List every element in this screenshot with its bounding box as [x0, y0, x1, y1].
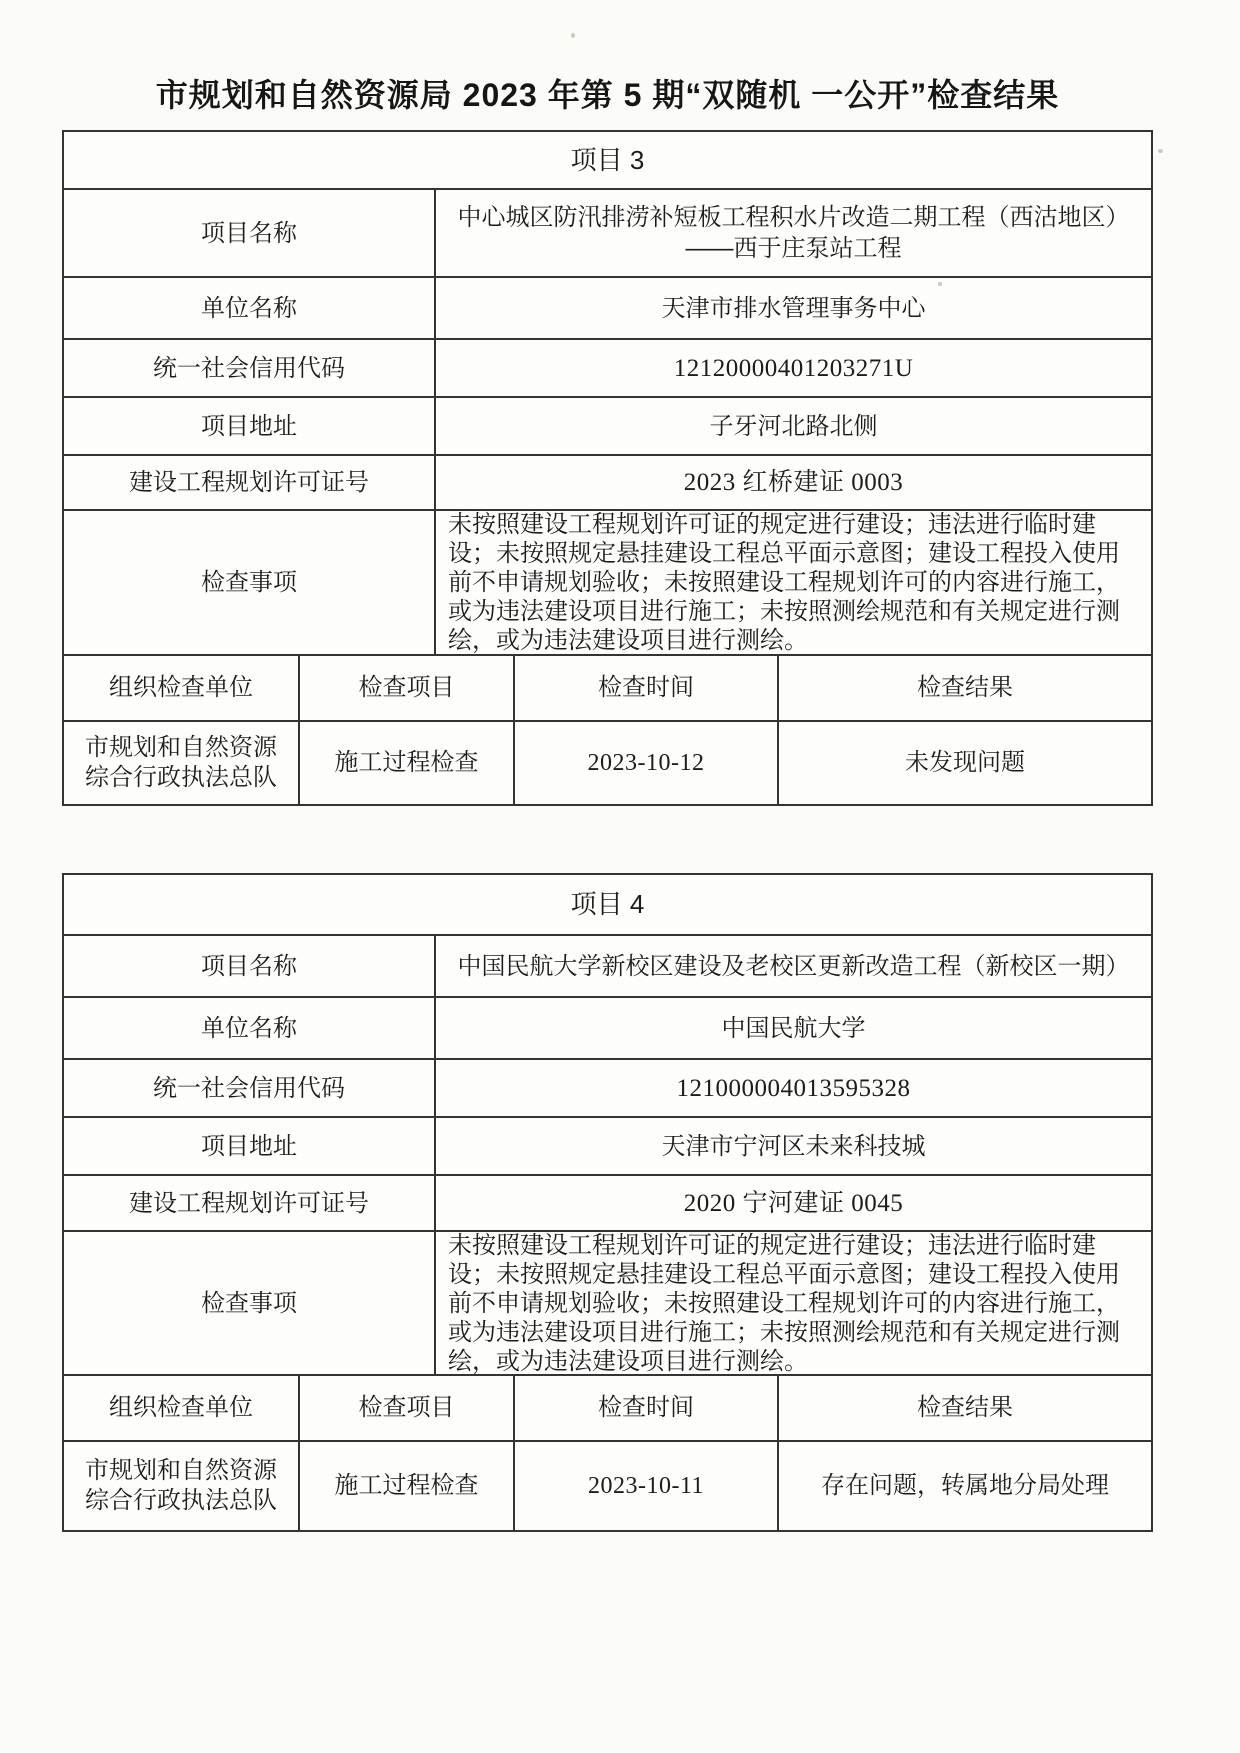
project-name-value: 中心城区防汛排涝补短板工程积水片改造二期工程（西沽地区） ——西于庄泵站工程 — [434, 190, 1151, 276]
scan-speck — [571, 33, 575, 38]
unit-name-label: 单位名称 — [64, 278, 434, 338]
project-4-table: 项目 4 项目名称 中国民航大学新校区建设及老校区更新改造工程（新校区一期） 单… — [62, 873, 1153, 1532]
table-row: 统一社会信用代码 121000004013595328 — [64, 1058, 1151, 1116]
inspection-items-label: 检查事项 — [64, 1232, 434, 1374]
permit-number-label: 建设工程规划许可证号 — [64, 456, 434, 509]
table-3-title: 项目 3 — [64, 132, 1151, 188]
inspection-result-header: 检查结果 — [777, 656, 1151, 720]
inspection-items-label: 检查事项 — [64, 511, 434, 654]
scan-speck — [938, 282, 942, 286]
inspection-data-row: 市规划和自然资源综合行政执法总队 施工过程检查 2023-10-12 未发现问题 — [64, 720, 1151, 804]
table-title-row: 项目 3 — [64, 132, 1151, 188]
inspection-header-row: 组织检查单位 检查项目 检查时间 检查结果 — [64, 654, 1151, 720]
document-title: 市规划和自然资源局 2023 年第 5 期“双随机 一公开”检查结果 — [62, 70, 1153, 116]
project-name-label: 项目名称 — [64, 936, 434, 996]
table-row: 项目地址 子牙河北路北侧 — [64, 396, 1151, 454]
credit-code-label: 统一社会信用代码 — [64, 340, 434, 396]
project-address-value: 天津市宁河区未来科技城 — [434, 1118, 1151, 1174]
inspection-items-value: 未按照建设工程规划许可证的规定进行建设；违法进行临时建 设；未按照规定悬挂建设工… — [434, 1232, 1151, 1374]
credit-code-label: 统一社会信用代码 — [64, 1060, 434, 1116]
inspection-result-value: 未发现问题 — [777, 722, 1151, 804]
table-row: 检查事项 未按照建设工程规划许可证的规定进行建设；违法进行临时建 设；未按照规定… — [64, 1230, 1151, 1374]
inspection-unit-value: 市规划和自然资源综合行政执法总队 — [64, 722, 298, 804]
project-address-label: 项目地址 — [64, 398, 434, 454]
inspection-item-header: 检查项目 — [298, 656, 513, 720]
table-row: 统一社会信用代码 12120000401203271U — [64, 338, 1151, 396]
inspection-date-value: 2023-10-12 — [513, 722, 777, 804]
unit-name-value: 天津市排水管理事务中心 — [434, 278, 1151, 338]
inspection-items-value: 未按照建设工程规划许可证的规定进行建设；违法进行临时建 设；未按照规定悬挂建设工… — [434, 511, 1151, 654]
inspection-result-header: 检查结果 — [777, 1376, 1151, 1440]
table-row: 项目名称 中心城区防汛排涝补短板工程积水片改造二期工程（西沽地区） ——西于庄泵… — [64, 188, 1151, 276]
table-row: 建设工程规划许可证号 2023 红桥建证 0003 — [64, 454, 1151, 509]
inspection-item-value: 施工过程检查 — [298, 1442, 513, 1530]
project-address-value: 子牙河北路北侧 — [434, 398, 1151, 454]
project-name-label: 项目名称 — [64, 190, 434, 276]
project-address-label: 项目地址 — [64, 1118, 434, 1174]
permit-number-label: 建设工程规划许可证号 — [64, 1176, 434, 1230]
table-4-title: 项目 4 — [64, 875, 1151, 934]
inspection-data-row: 市规划和自然资源综合行政执法总队 施工过程检查 2023-10-11 存在问题，… — [64, 1440, 1151, 1530]
inspection-item-header: 检查项目 — [298, 1376, 513, 1440]
scan-speck — [1158, 149, 1163, 153]
permit-number-value: 2023 红桥建证 0003 — [434, 456, 1151, 509]
inspection-date-value: 2023-10-11 — [513, 1442, 777, 1530]
inspection-header-row: 组织检查单位 检查项目 检查时间 检查结果 — [64, 1374, 1151, 1440]
table-row: 项目地址 天津市宁河区未来科技城 — [64, 1116, 1151, 1174]
permit-number-value: 2020 宁河建证 0045 — [434, 1176, 1151, 1230]
credit-code-value: 121000004013595328 — [434, 1060, 1151, 1116]
table-row: 检查事项 未按照建设工程规划许可证的规定进行建设；违法进行临时建 设；未按照规定… — [64, 509, 1151, 654]
inspection-unit-header: 组织检查单位 — [64, 656, 298, 720]
inspection-time-header: 检查时间 — [513, 1376, 777, 1440]
scanned-document-page: { "title": "市规划和自然资源局 2023 年第 5 期“双随机 一公… — [0, 0, 1240, 1753]
table-row: 项目名称 中国民航大学新校区建设及老校区更新改造工程（新校区一期） — [64, 934, 1151, 996]
project-name-value: 中国民航大学新校区建设及老校区更新改造工程（新校区一期） — [434, 936, 1151, 996]
inspection-result-value: 存在问题，转属地分局处理 — [777, 1442, 1151, 1530]
inspection-time-header: 检查时间 — [513, 656, 777, 720]
table-row: 单位名称 天津市排水管理事务中心 — [64, 276, 1151, 338]
inspection-unit-header: 组织检查单位 — [64, 1376, 298, 1440]
inspection-item-value: 施工过程检查 — [298, 722, 513, 804]
credit-code-value: 12120000401203271U — [434, 340, 1151, 396]
table-row: 单位名称 中国民航大学 — [64, 996, 1151, 1058]
inspection-unit-value: 市规划和自然资源综合行政执法总队 — [64, 1442, 298, 1530]
project-3-table: 项目 3 项目名称 中心城区防汛排涝补短板工程积水片改造二期工程（西沽地区） —… — [62, 130, 1153, 806]
unit-name-value: 中国民航大学 — [434, 998, 1151, 1058]
unit-name-label: 单位名称 — [64, 998, 434, 1058]
table-title-row: 项目 4 — [64, 875, 1151, 934]
table-row: 建设工程规划许可证号 2020 宁河建证 0045 — [64, 1174, 1151, 1230]
